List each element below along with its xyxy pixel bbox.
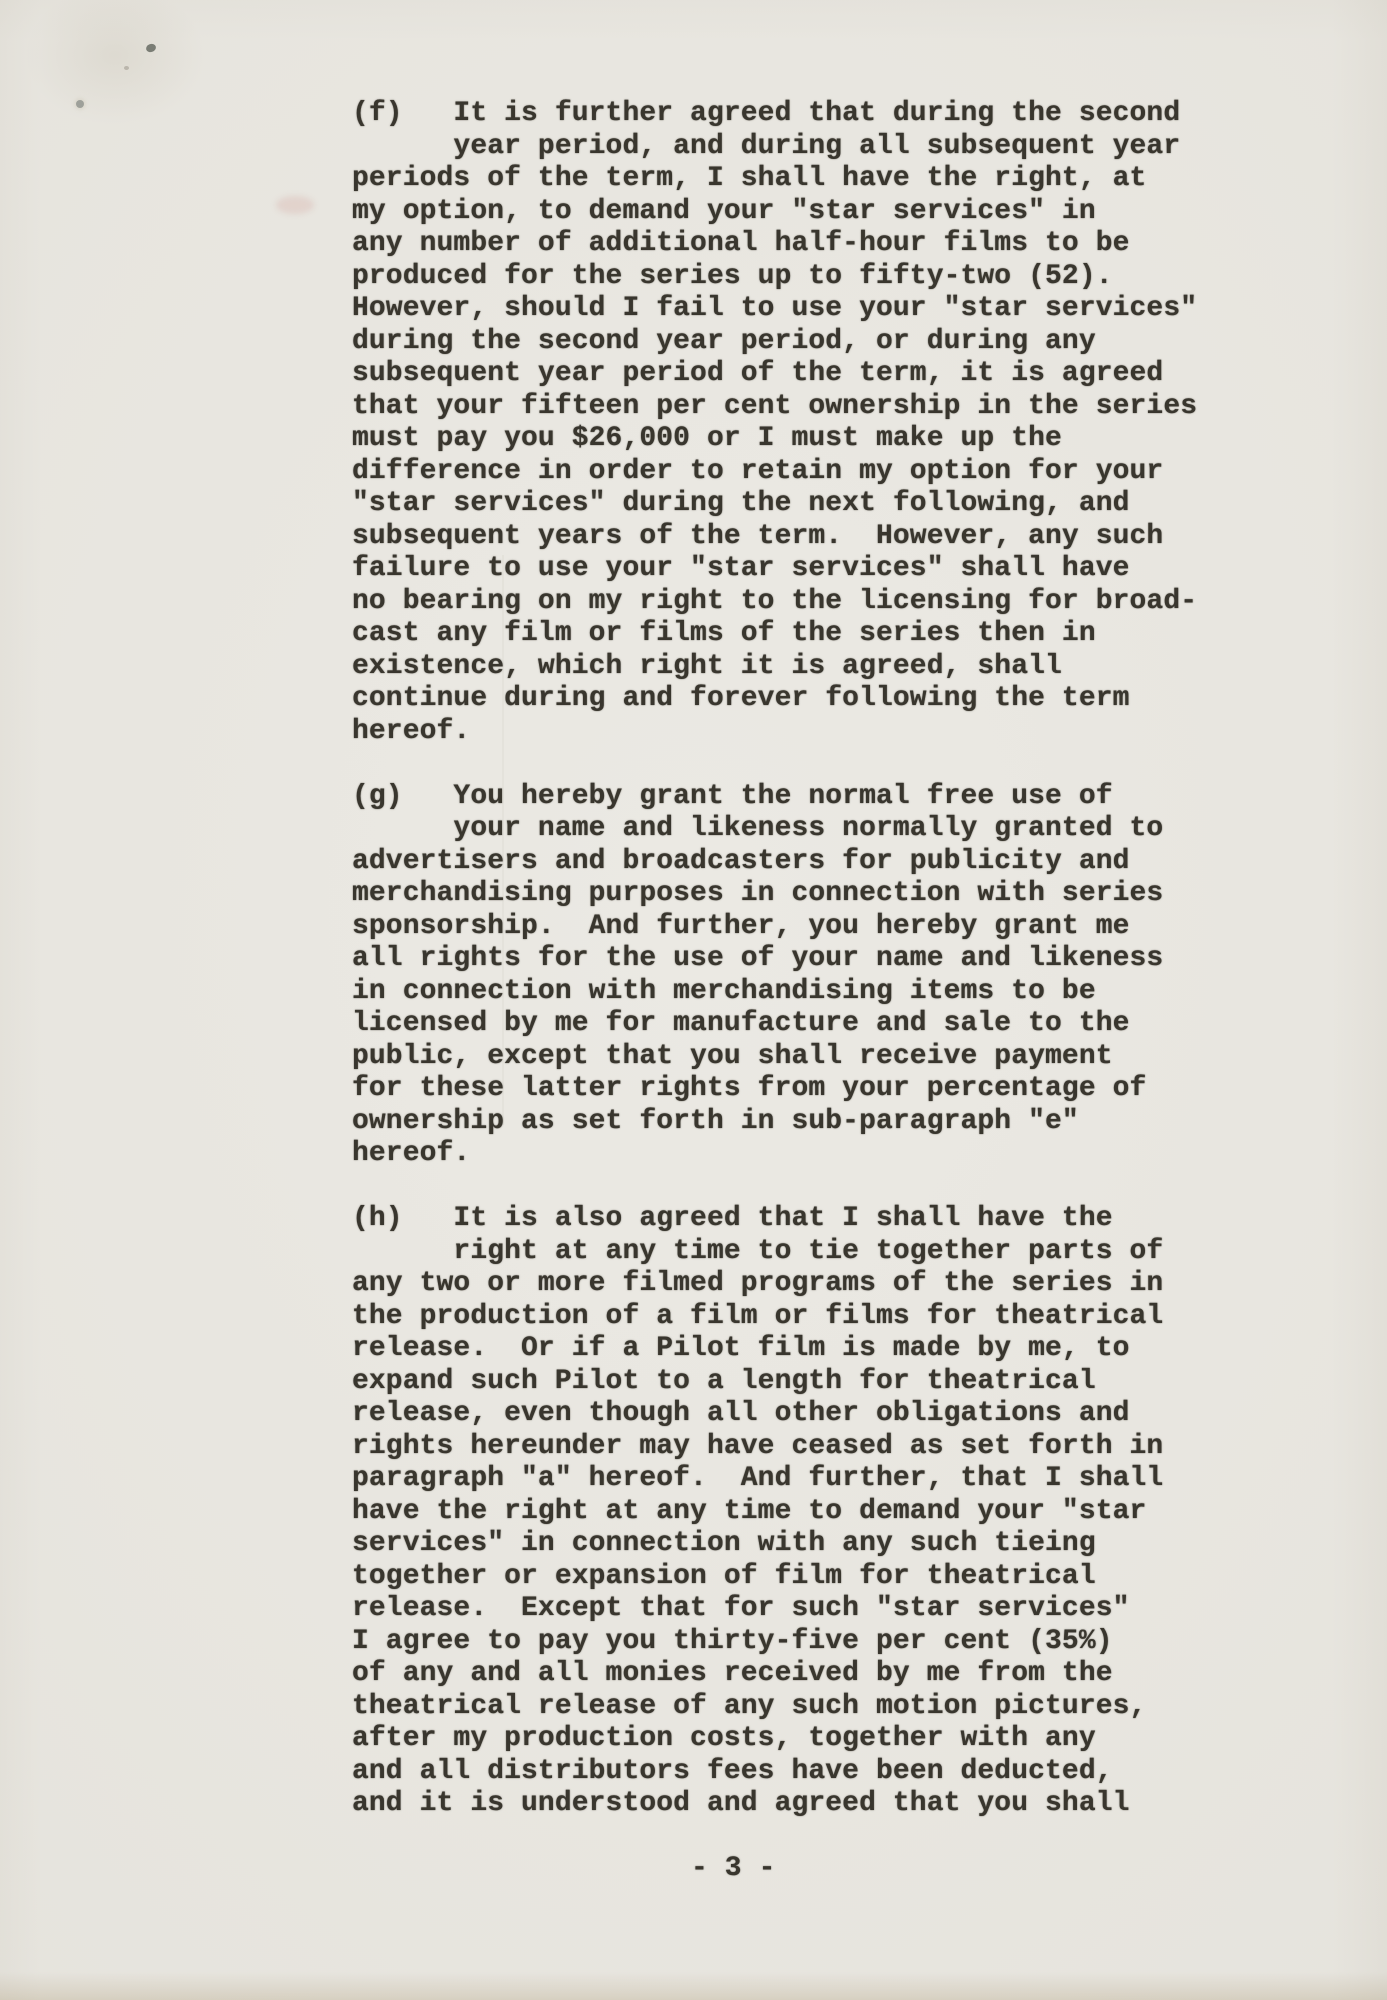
paper-smear [276, 196, 314, 214]
paper-speck [124, 66, 129, 70]
document-page: (f) It is further agreed that during the… [0, 0, 1387, 2000]
paragraph-g: (g) You hereby grant the normal free use… [352, 781, 1197, 1171]
paragraph-h: (h) It is also agreed that I shall have … [352, 1203, 1197, 1821]
page-number: - 3 - [691, 1853, 1197, 1886]
contract-text: (f) It is further agreed that during the… [352, 98, 1197, 1886]
paragraph-f: (f) It is further agreed that during the… [352, 98, 1197, 748]
paper-speck [145, 43, 157, 54]
paper-speck [76, 100, 84, 108]
